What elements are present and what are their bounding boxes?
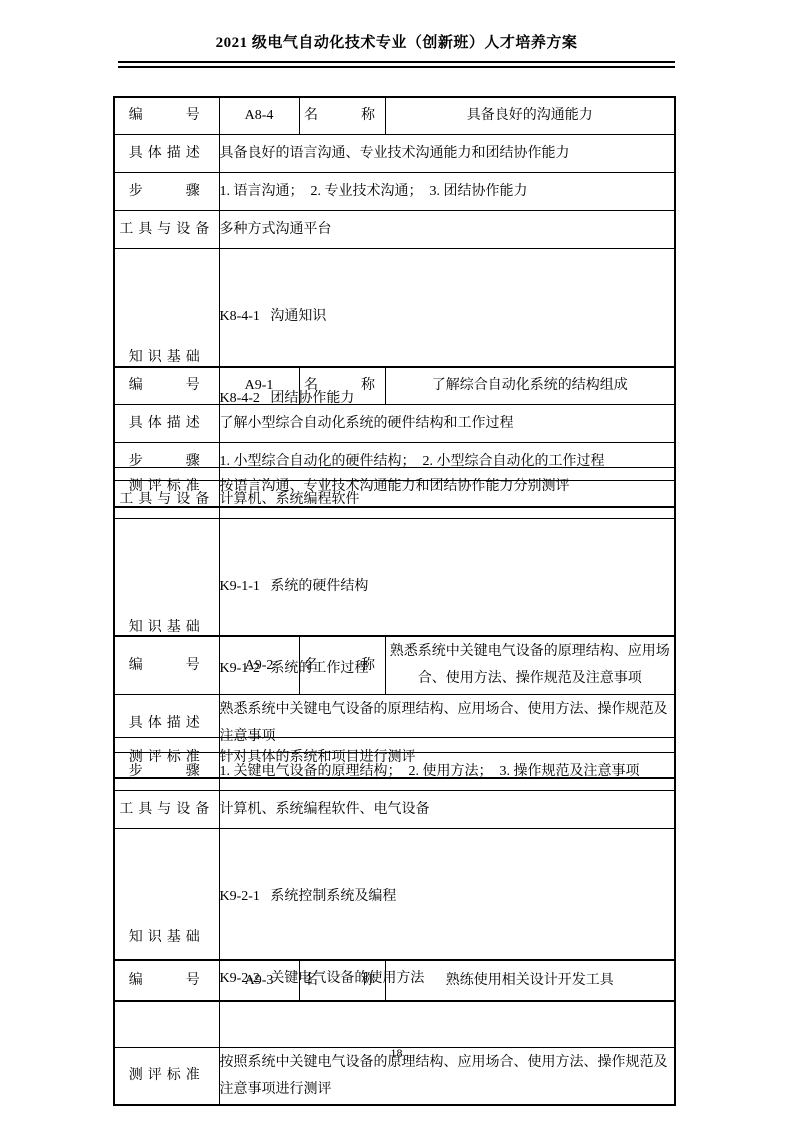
label-knowledge-cell: 知识基础 (114, 828, 219, 1047)
table-row: 步 骤 1. 关键电气设备的原理结构； 2. 使用方法； 3. 操作规范及注意事… (114, 752, 675, 790)
table-row: 编 号 A8-4 名 称 具备良好的沟通能力 (114, 97, 675, 134)
knowledge-line: K9-2-1 系统控制系统及编程 (220, 883, 675, 911)
page-number: 18 (0, 1046, 793, 1061)
table-row: 工具与设备 多种方式沟通平台 (114, 210, 675, 248)
label-id-cell: 编 号 (114, 367, 219, 404)
table-row: 工具与设备 计算机、系统编程软件、电气设备 (114, 790, 675, 828)
table-row: 具体描述 了解小型综合自动化系统的硬件结构和工作过程 (114, 404, 675, 442)
steps-value: 1. 小型综合自动化的硬件结构； 2. 小型综合自动化的工作过程 (219, 442, 675, 480)
card-name-value: 了解综合自动化系统的结构组成 (385, 367, 675, 404)
knowledge-line: K9-1-1 系统的硬件结构 (220, 573, 675, 601)
card-name-value: 具备良好的沟通能力 (385, 97, 675, 134)
desc-value: 具备良好的语言沟通、专业技术沟通能力和团结协作能力 (219, 134, 675, 172)
steps-value: 1. 关键电气设备的原理结构； 2. 使用方法； 3. 操作规范及注意事项 (219, 752, 675, 790)
card-name-value: 熟练使用相关设计开发工具 (385, 960, 675, 1001)
label-name-cell: 名 称 (299, 960, 385, 1001)
table-row: 编 号 A9-3 名 称 熟练使用相关设计开发工具 (114, 960, 675, 1001)
competency-card-a9-3: 编 号 A9-3 名 称 熟练使用相关设计开发工具 (113, 959, 676, 1002)
card-id-value: A9-1 (219, 367, 299, 404)
table-row: 工具与设备 计算机、系统编程软件 (114, 480, 675, 518)
steps-value: 1. 语言沟通； 2. 专业技术沟通； 3. 团结协作能力 (219, 172, 675, 210)
table-row: 具体描述 熟悉系统中关键电气设备的原理结构、应用场合、使用方法、操作规范及注意事… (114, 694, 675, 752)
label-id-cell: 编 号 (114, 97, 219, 134)
table-row: 具体描述 具备良好的语言沟通、专业技术沟通能力和团结协作能力 (114, 134, 675, 172)
desc-value: 了解小型综合自动化系统的硬件结构和工作过程 (219, 404, 675, 442)
knowledge-value: K9-2-1 系统控制系统及编程 K9-2-2 关键电气设备的使用方法 (219, 828, 675, 1047)
label-steps-cell: 步 骤 (114, 442, 219, 480)
label-steps-cell: 步 骤 (114, 752, 219, 790)
label-tools-cell: 工具与设备 (114, 480, 219, 518)
label-name-cell: 名 称 (299, 367, 385, 404)
card-id-value: A8-4 (219, 97, 299, 134)
label-name-cell: 名 称 (299, 636, 385, 694)
tools-value: 计算机、系统编程软件 (219, 480, 675, 518)
label-steps-cell: 步 骤 (114, 172, 219, 210)
label-id-cell: 编 号 (114, 636, 219, 694)
label-id-cell: 编 号 (114, 960, 219, 1001)
label-desc-cell: 具体描述 (114, 694, 219, 752)
card-id-value: A9-3 (219, 960, 299, 1001)
tools-value: 计算机、系统编程软件、电气设备 (219, 790, 675, 828)
table-row: 编 号 A9-1 名 称 了解综合自动化系统的结构组成 (114, 367, 675, 404)
tools-value: 多种方式沟通平台 (219, 210, 675, 248)
competency-card-a9-2: 编 号 A9-2 名 称 熟悉系统中关键电气设备的原理结构、应用场合、使用方法、… (113, 635, 676, 1106)
desc-value: 熟悉系统中关键电气设备的原理结构、应用场合、使用方法、操作规范及注意事项 (219, 694, 675, 752)
table-row: 编 号 A9-2 名 称 熟悉系统中关键电气设备的原理结构、应用场合、使用方法、… (114, 636, 675, 694)
card-name-value: 熟悉系统中关键电气设备的原理结构、应用场合、使用方法、操作规范及注意事项 (385, 636, 675, 694)
table-row: 步 骤 1. 小型综合自动化的硬件结构； 2. 小型综合自动化的工作过程 (114, 442, 675, 480)
document-title: 2021 级电气自动化技术专业（创新班）人才培养方案 (0, 31, 793, 52)
label-tools-cell: 工具与设备 (114, 790, 219, 828)
label-name-cell: 名 称 (299, 97, 385, 134)
title-double-rule (118, 61, 675, 68)
label-tools-cell: 工具与设备 (114, 210, 219, 248)
label-desc-cell: 具体描述 (114, 134, 219, 172)
knowledge-line: K8-4-1 沟通知识 (220, 303, 675, 331)
table-row: 知识基础 K9-2-1 系统控制系统及编程 K9-2-2 关键电气设备的使用方法 (114, 828, 675, 1047)
card-id-value: A9-2 (219, 636, 299, 694)
document-page: 2021 级电气自动化技术专业（创新班）人才培养方案 编 号 A8-4 名 称 … (0, 0, 793, 1122)
table-row: 步 骤 1. 语言沟通； 2. 专业技术沟通； 3. 团结协作能力 (114, 172, 675, 210)
label-desc-cell: 具体描述 (114, 404, 219, 442)
